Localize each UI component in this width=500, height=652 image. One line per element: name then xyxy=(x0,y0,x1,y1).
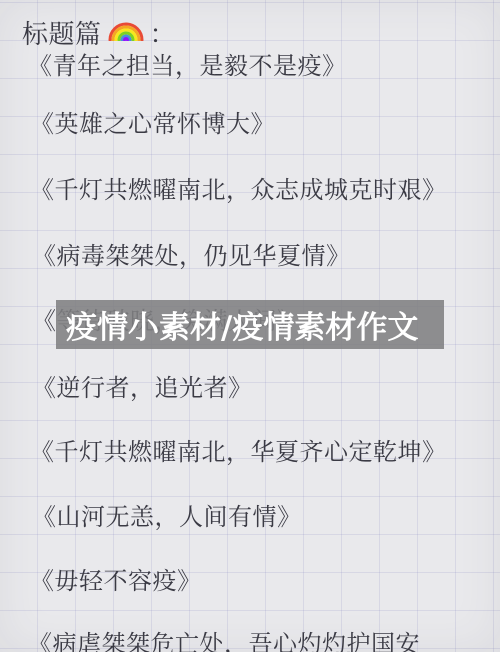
notes-page: 标题篇 ： 《青年之担当，是毅不是疫》 《英雄之心常怀博大》 《千灯共燃曜南北，… xyxy=(0,0,500,652)
essay-title-line: 《病毒桀桀处，仍见华夏情》 xyxy=(32,236,351,271)
essay-title-line: 《毋轻不容疫》 xyxy=(30,561,202,596)
watermark-banner: 疫情小素材/疫情素材作文 xyxy=(56,300,444,349)
rainbow-icon xyxy=(108,18,144,48)
essay-title-line: 《逆行者，追光者》 xyxy=(32,368,253,403)
essay-title-line: 《千灯共燃曜南北，众志成城克时艰》 xyxy=(30,170,447,205)
essay-title-line: 《英雄之心常怀博大》 xyxy=(30,104,275,139)
essay-title-line: 《山河无恙，人间有情》 xyxy=(32,497,302,532)
watermark-banner-text: 疫情小素材/疫情素材作文 xyxy=(66,302,418,347)
essay-title-line: 《青年之担当，是毅不是疫》 xyxy=(28,46,347,81)
essay-title-line: 《病虐桀桀危亡处，吾心灼灼护国安 xyxy=(28,624,420,652)
essay-title-line: 《千灯共燃曜南北，华夏齐心定乾坤》 xyxy=(30,432,447,467)
